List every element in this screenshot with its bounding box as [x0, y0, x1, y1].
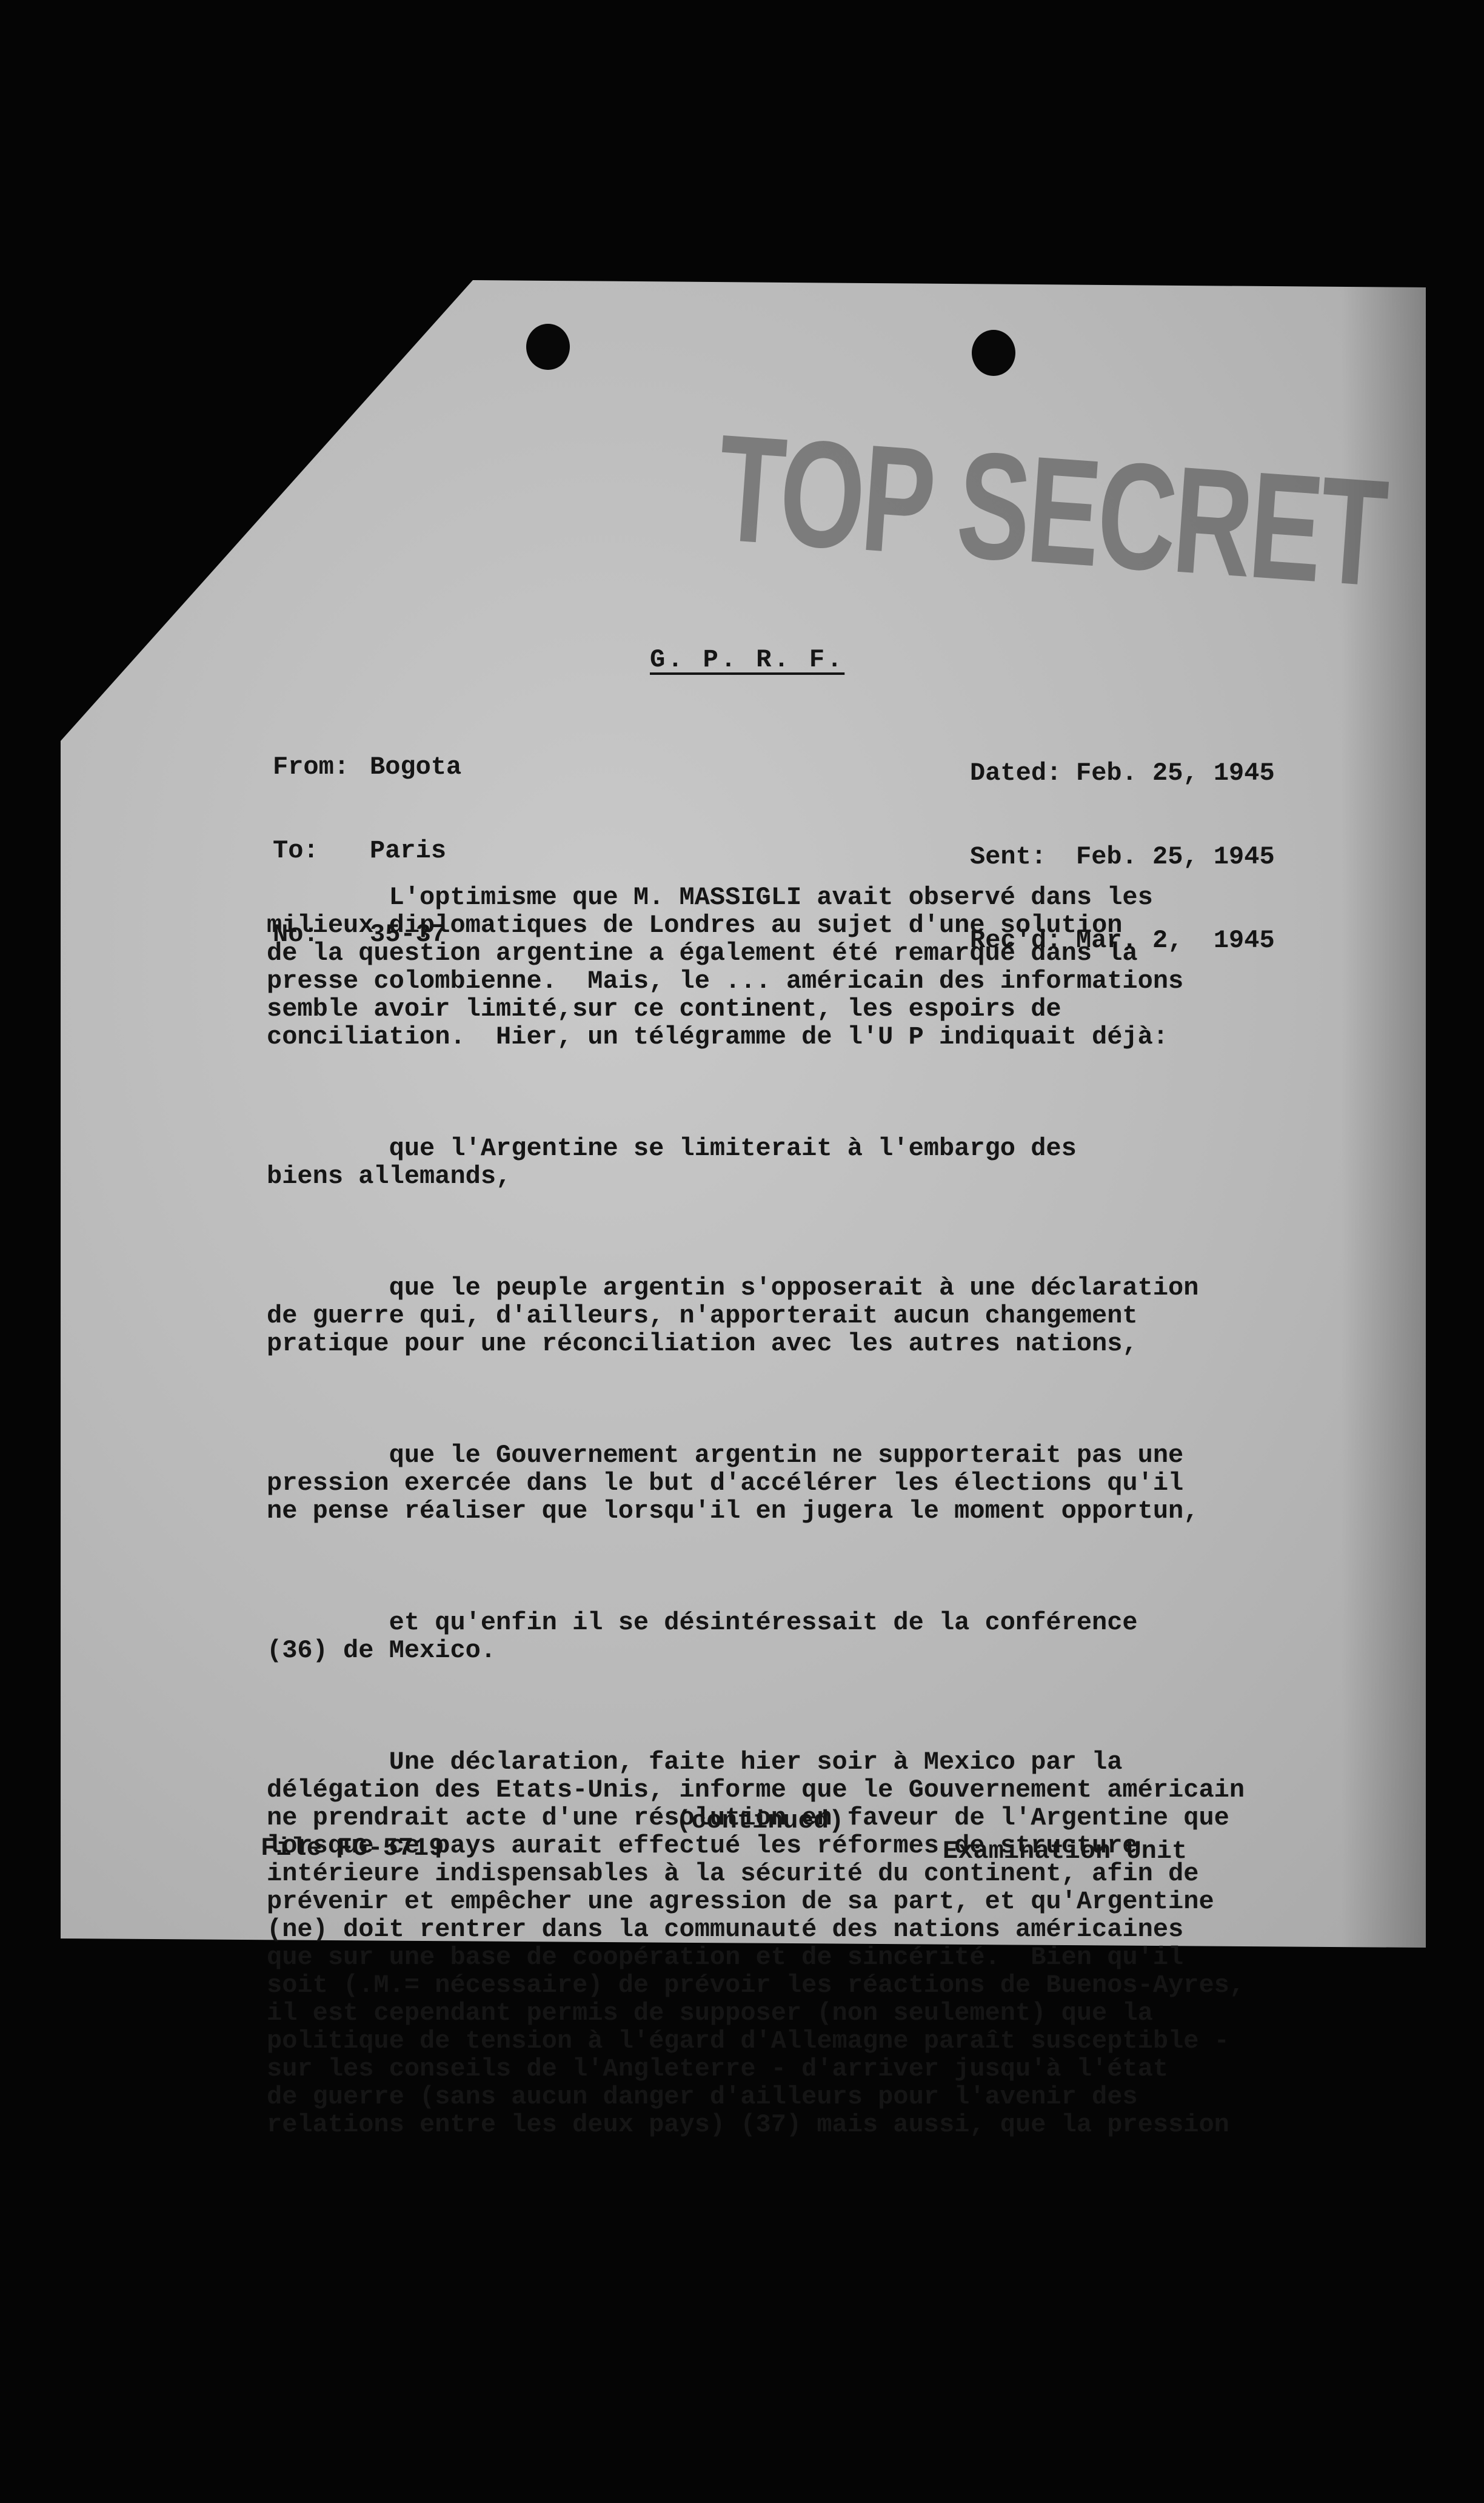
paragraph-conference: et qu'enfin il se désintéressait de la c…	[267, 1609, 1346, 1664]
file-number: File FG-5719	[261, 1834, 444, 1862]
paragraph-intro: L'optimisme que M. MASSIGLI avait observ…	[267, 883, 1346, 1051]
meta-value: Feb. 25, 1945	[1076, 759, 1275, 787]
paragraph-declaration: que le peuple argentin s'opposerait à un…	[267, 1274, 1346, 1358]
meta-dated: Dated: Feb. 25, 1945	[970, 759, 1275, 787]
meta-label: Dated:	[970, 759, 1076, 787]
header-title: G. P. R. F.	[650, 646, 844, 674]
message-body: L'optimisme que M. MASSIGLI avait observ…	[267, 828, 1346, 2194]
meta-value: Bogota	[370, 753, 461, 781]
paragraph-government: que le Gouvernement argentin ne supporte…	[267, 1441, 1346, 1525]
continued-note: (continued)	[676, 1807, 844, 1835]
paragraph-embargo: que l'Argentine se limiterait à l'embarg…	[267, 1134, 1346, 1190]
meta-from: From: Bogota	[273, 753, 461, 781]
punch-hole-right	[972, 330, 1015, 376]
examination-unit: Examination Unit	[943, 1837, 1187, 1865]
meta-label: From:	[273, 753, 370, 781]
punch-hole-left	[526, 324, 570, 370]
